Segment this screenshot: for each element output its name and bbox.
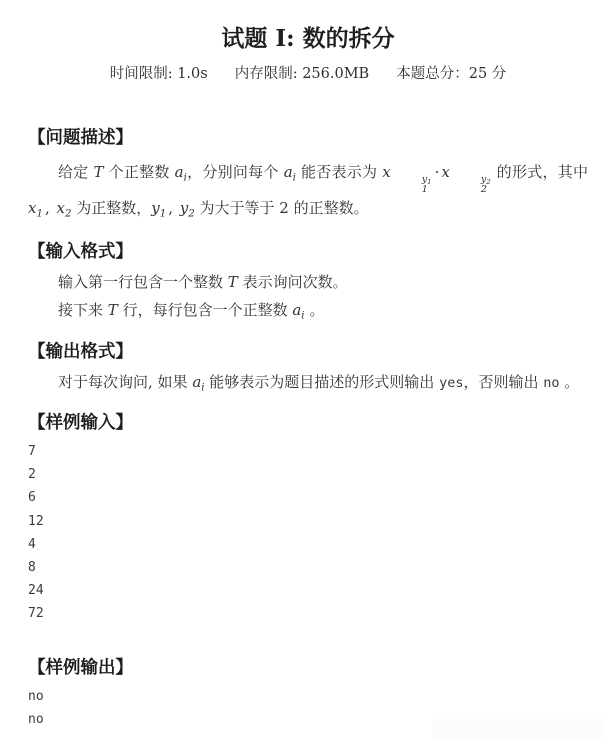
formula-x1y1-x2y2: xy11·xy22 [382,163,491,181]
sample-output-line: no [28,685,588,708]
section-heading-sample-output: 【样例输出】 [28,657,588,679]
text-run: 。 [305,301,325,319]
var-a-i: ai [292,301,304,319]
section-output-format: 【输出格式】 对于每次询问, 如果 ai 能够表示为题目描述的形式则输出 yes… [28,341,588,398]
var-base: y [151,199,159,217]
var-base: y [180,199,188,217]
comma: , [43,199,57,217]
section-heading-output: 【输出格式】 [28,341,588,363]
sample-input-block: 7 2 6 12 4 8 24 72 [28,440,588,626]
section-problem-description: 【问题描述】 给定 T 个正整数 ai，分别问每个 ai 能否表示为 xy11·… [28,127,588,222]
text-run: 为正整数， [71,199,151,217]
faint-highlight-rectangle [433,719,603,738]
text-run: 表示询问次数。 [238,273,348,291]
input-line-1: 输入第一行包含一个整数 T 表示询问次数。 [28,269,588,297]
limits-row: 时间限制: 1.0s 内存限制: 256.0MB 本题总分：25 分 [28,65,588,83]
var-a-i: ai [192,373,204,391]
sample-input-line: 4 [28,533,588,556]
comma: , [166,199,180,217]
var-base: a [284,163,293,181]
literal-no: no [543,375,559,391]
var-y1-y2: y1, y2 [151,199,194,217]
sample-input-line: 7 [28,440,588,463]
var-a-i: ai [175,163,187,181]
text-run: 能否表示为 [296,163,382,181]
var-scripts: y11 [392,175,432,195]
var-base: x [382,163,390,181]
var-T: T [94,163,104,181]
sample-input-line: 2 [28,463,588,486]
var-subscript: 1 [392,185,428,195]
text-run: ，否则输出 [463,373,543,391]
text-run: 为大于等于 2 的正整数。 [195,199,369,217]
section-heading-description: 【问题描述】 [28,127,588,149]
var-a-i: ai [284,163,296,181]
var-base: x [57,199,65,217]
memory-limit: 内存限制: 256.0MB [235,65,370,83]
text-run: 接下来 [58,301,108,319]
text-run: 对于每次询问, 如果 [58,373,192,391]
var-base: a [175,163,184,181]
text-run: 个正整数 [104,163,175,181]
var-T: T [228,273,238,291]
sample-input-line: 8 [28,556,588,579]
section-heading-sample-input: 【样例输入】 [28,412,588,434]
text-run: 的形式，其中 [492,163,588,181]
var-base: a [292,301,301,319]
var-subscript: 1 [36,209,42,220]
section-input-format: 【输入格式】 输入第一行包含一个整数 T 表示询问次数。 接下来 T 行，每行包… [28,241,588,324]
text-run: 给定 [58,163,94,181]
sample-input-line: 12 [28,510,588,533]
text-run: 能够表示为题目描述的形式则输出 [205,373,440,391]
text-run: 输入第一行包含一个整数 [58,273,228,291]
document-body: 试题 I: 数的拆分 时间限制: 1.0s 内存限制: 256.0MB 本题总分… [0,0,616,731]
text-run: 。 [560,373,580,391]
var-x1-x2: x1, x2 [28,199,71,217]
text-run: 行，每行包含一个正整数 [118,301,293,319]
time-limit: 时间限制: 1.0s [110,65,208,83]
problem-page: { "title": "试题 I: 数的拆分", "meta": { "time… [0,0,616,747]
output-paragraph: 对于每次询问, 如果 ai 能够表示为题目描述的形式则输出 yes，否则输出 n… [28,369,588,398]
description-paragraph: 给定 T 个正整数 ai，分别问每个 ai 能否表示为 xy11·xy22 的形… [28,159,588,222]
sample-input-line: 6 [28,486,588,509]
section-heading-input: 【输入格式】 [28,241,588,263]
total-score: 本题总分：25 分 [396,65,506,83]
literal-yes: yes [439,375,463,391]
var-scripts: y22 [451,175,491,195]
var-base: x [441,163,449,181]
var-T: T [108,301,118,319]
page-title: 试题 I: 数的拆分 [28,24,588,54]
var-subscript: 2 [451,185,487,195]
sample-input-line: 24 [28,579,588,602]
text-run: ，分别问每个 [187,163,284,181]
section-sample-input: 【样例输入】 7 2 6 12 4 8 24 72 [28,412,588,626]
input-line-2: 接下来 T 行，每行包含一个正整数 ai 。 [28,297,588,325]
var-base: a [192,373,201,391]
sample-input-line: 72 [28,602,588,625]
